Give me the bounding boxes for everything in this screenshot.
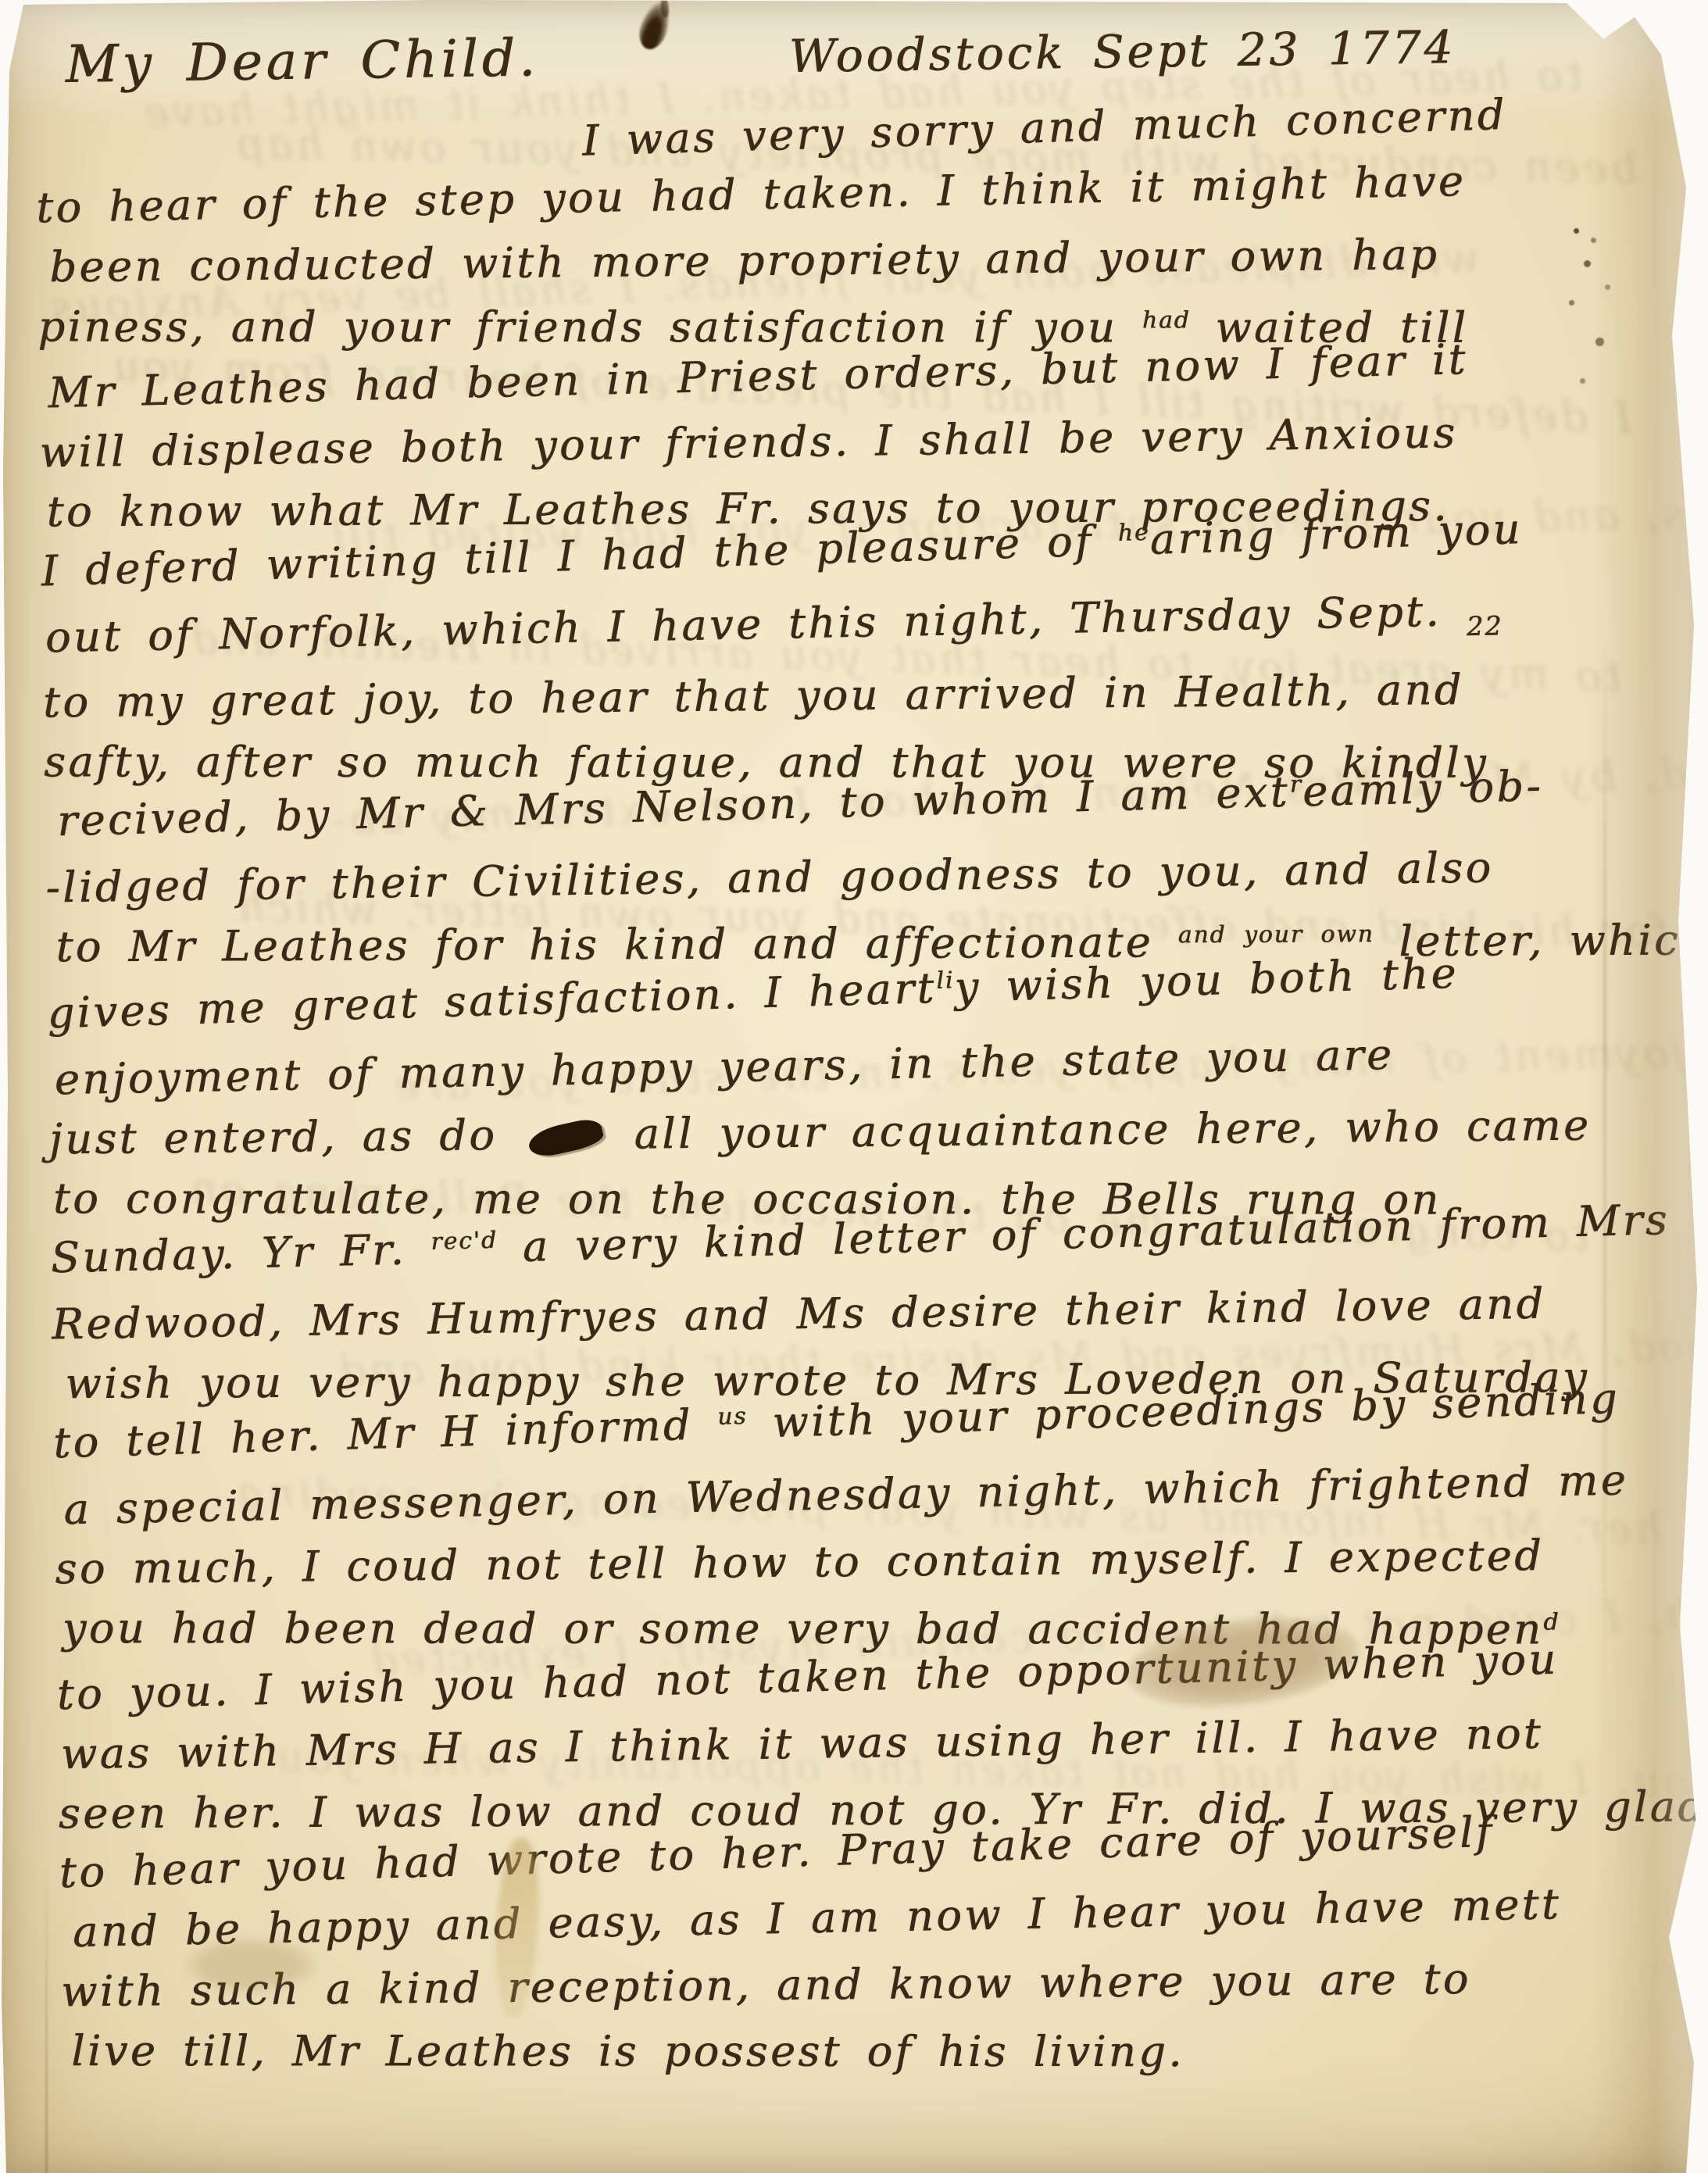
ink-speckles	[1574, 228, 1579, 234]
dateline: Woodstock Sept 23 1774	[788, 20, 1456, 83]
letter-line: live till, Mr Leathes is possest of his …	[71, 2021, 1708, 2082]
letter-body: I was very sorry and much concerndto hea…	[35, 96, 1708, 2081]
inserted-word: r	[1289, 770, 1302, 798]
inserted-word: he	[1117, 518, 1150, 546]
dropped-word: 22	[1467, 610, 1503, 642]
letter-line: been conducted with more propriety and y…	[49, 223, 1686, 297]
salutation: My Dear Child.	[65, 28, 539, 95]
line-text: y wish you both the	[954, 949, 1460, 1012]
inserted-word: had	[1142, 306, 1191, 334]
line-text: Sunday. Yr Fr.	[50, 1224, 431, 1283]
line-text: aring from you	[1149, 504, 1524, 564]
ink-blot	[526, 1116, 606, 1160]
letter-page: to hear of the step you had taken. I thi…	[0, 0, 1708, 2173]
inserted-word: li	[936, 967, 955, 995]
paper-crease	[45, 1860, 48, 2173]
scanned-letter: { "document": { "kind": "handwritten let…	[0, 0, 1708, 2173]
letter-content: My Dear Child. Woodstock Sept 23 1774 I …	[34, 12, 1708, 2081]
letter-line: to my great joy, to hear that you arrive…	[43, 658, 1692, 732]
line-text: all your acquaintance here, who came	[609, 1101, 1592, 1159]
stain	[184, 1938, 317, 1993]
inserted-word: rec'd	[431, 1226, 498, 1255]
inserted-word: us	[717, 1403, 748, 1431]
line-text: just enterd, as do	[49, 1110, 523, 1163]
letter-line: just enterd, as do all your acquaintance…	[49, 1095, 1699, 1169]
letter-line: so much, I coud not tell how to contain …	[55, 1524, 1704, 1599]
line-text: eamly ob-	[1302, 761, 1544, 816]
inserted-word: and your own	[1178, 920, 1374, 949]
